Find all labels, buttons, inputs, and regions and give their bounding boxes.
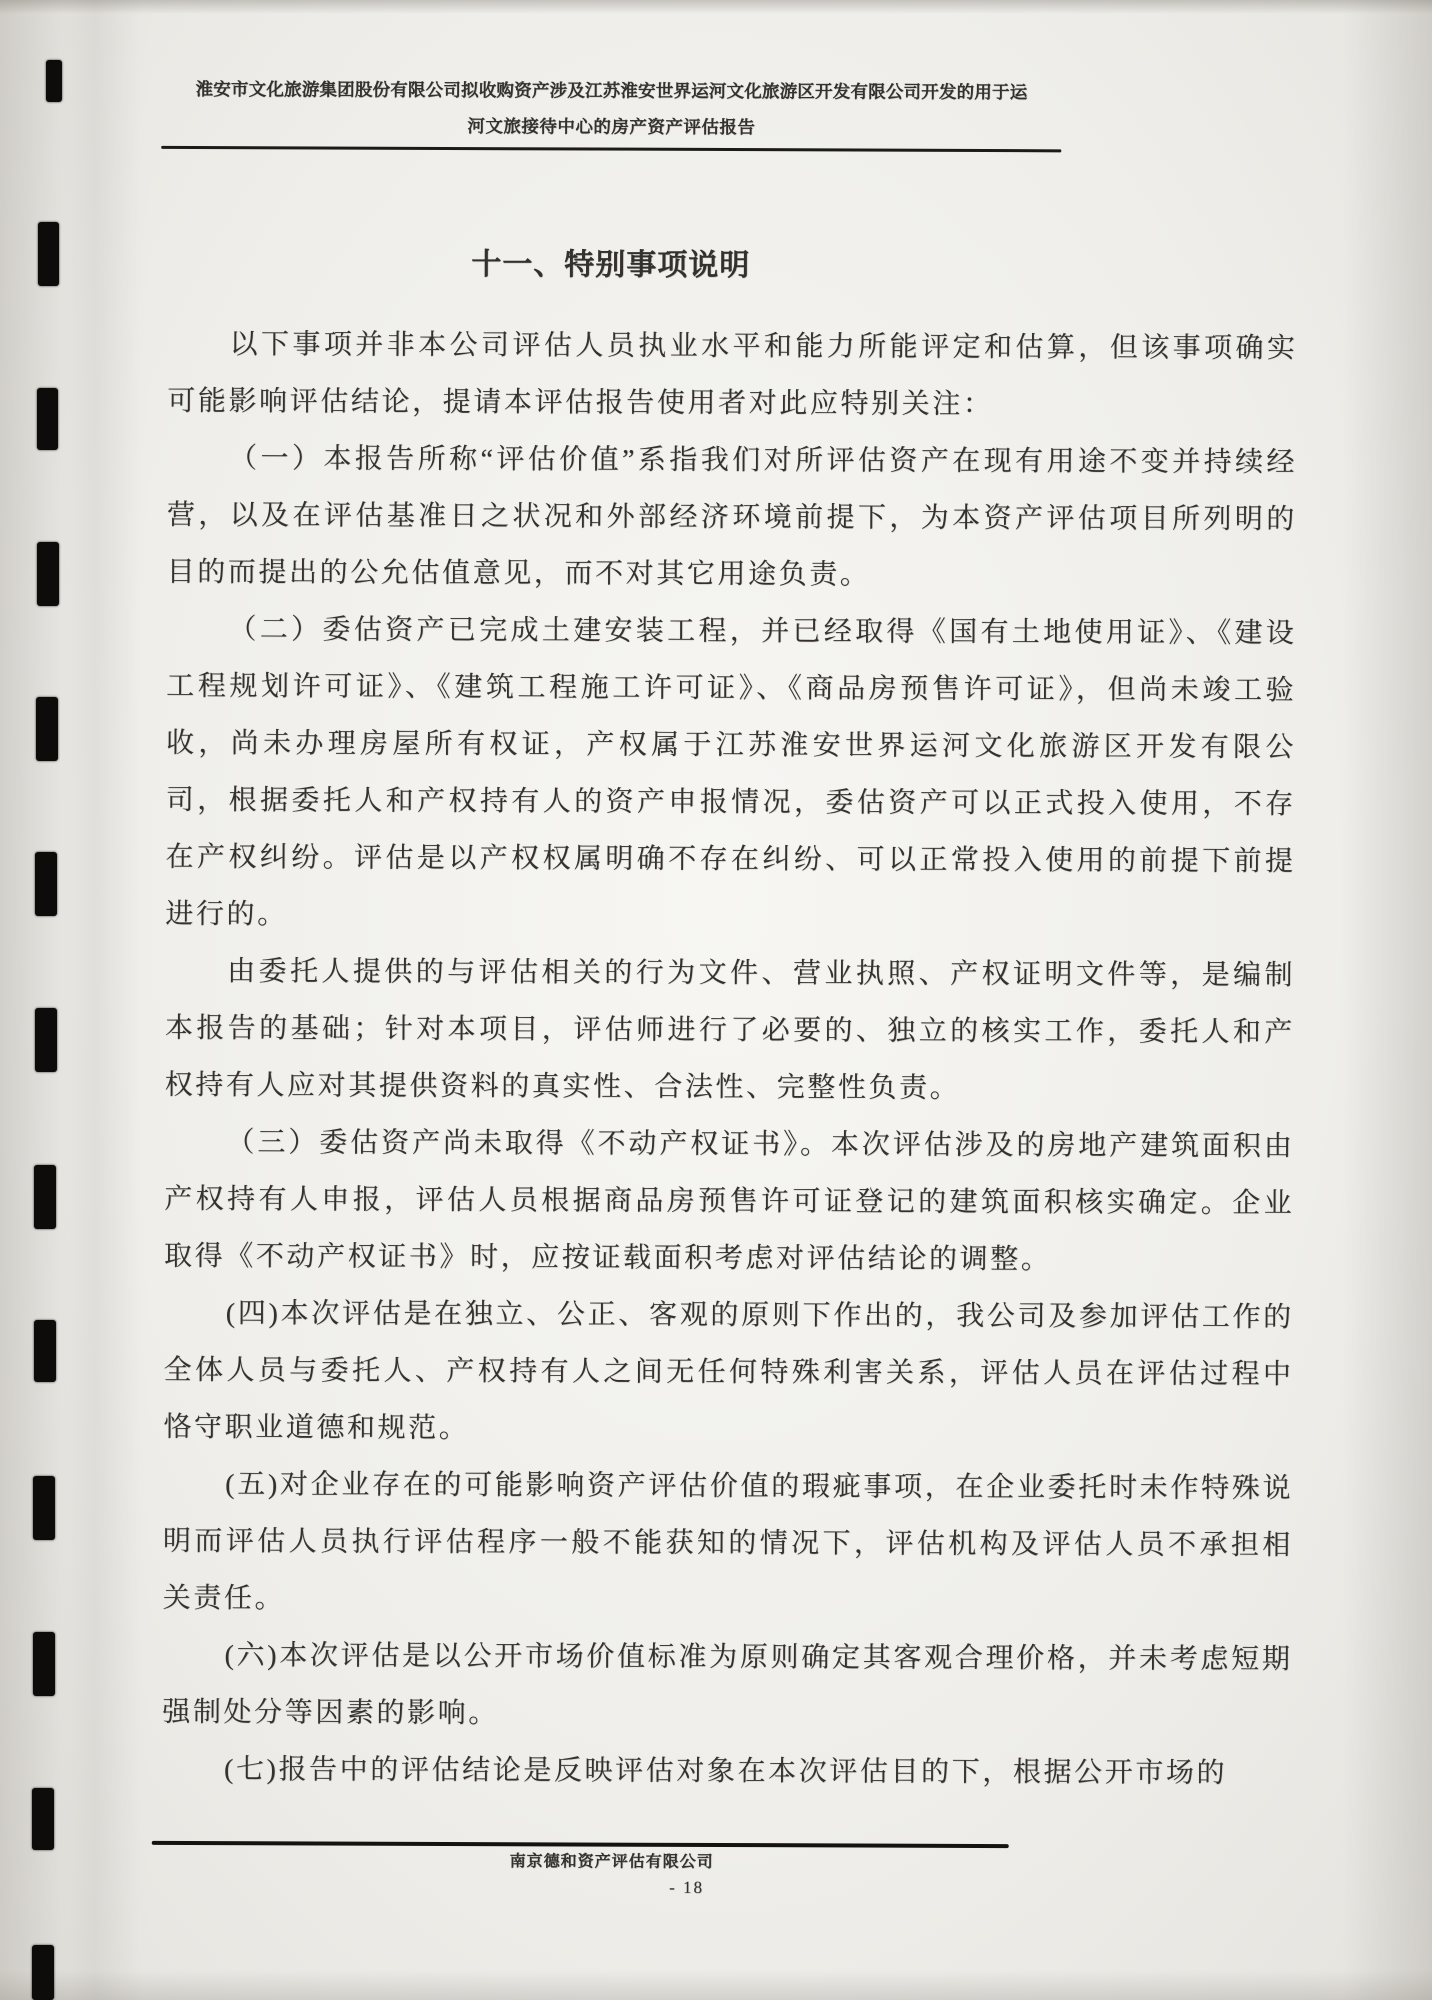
paragraph: （三）委估资产尚未取得《不动产权证书》。本次评估涉及的房地产建筑面积由产权持有人… [164, 1114, 1295, 1289]
header-title-line2: 河文旅接待中心的房产资产评估报告 [161, 112, 1061, 141]
paragraph: (四)本次评估是在独立、公正、客观的原则下作出的，我公司及参加评估工作的全体人员… [163, 1285, 1294, 1460]
footer-company: 南京德和资产评估有限公司 [0, 1846, 1227, 1874]
paragraph: 由委托人提供的与评估相关的行为文件、营业执照、产权证明文件等，是编制本报告的基础… [165, 943, 1296, 1118]
document-body: 以下事项并非本公司评估人员执业水平和能力所能评定和估算，但该事项确实可能影响评估… [162, 316, 1298, 1802]
page-content: 淮安市文化旅游集团股份有限公司拟收购资产涉及江苏淮安世界运河文化旅游区开发有限公… [0, 0, 1432, 2000]
header-rule [161, 146, 1061, 152]
paragraph: 以下事项并非本公司评估人员执业水平和能力所能评定和估算，但该事项确实可能影响评估… [167, 316, 1297, 434]
page-number: - 18 [0, 1875, 1377, 1900]
page-header: 淮安市文化旅游集团股份有限公司拟收购资产涉及江苏淮安世界运河文化旅游区开发有限公… [161, 76, 1061, 152]
section-title: 十一、特别事项说明 [161, 238, 1061, 285]
header-title-line1: 淮安市文化旅游集团股份有限公司拟收购资产涉及江苏淮安世界运河文化旅游区开发有限公… [161, 76, 1061, 105]
paragraph: （一）本报告所称“评估价值”系指我们对所评估资产在现有用途不变并持续经营，以及在… [167, 430, 1298, 605]
paragraph: (七)报告中的评估结论是反映评估对象在本次评估目的下，根据公开市场的 [162, 1741, 1292, 1802]
paragraph: （二）委估资产已完成土建安装工程，并已经取得《国有土地使用证》、《建设工程规划许… [165, 601, 1296, 947]
paragraph: (五)对企业存在的可能影响资产评估价值的瑕疵事项，在企业委托时未作特殊说明而评估… [163, 1456, 1294, 1631]
paragraph: (六)本次评估是以公开市场价值标准为原则确定其客观合理价格，并未考虑短期强制处分… [162, 1627, 1292, 1745]
scanned-report-page: 淮安市文化旅游集团股份有限公司拟收购资产涉及江苏淮安世界运河文化旅游区开发有限公… [0, 0, 1432, 2000]
